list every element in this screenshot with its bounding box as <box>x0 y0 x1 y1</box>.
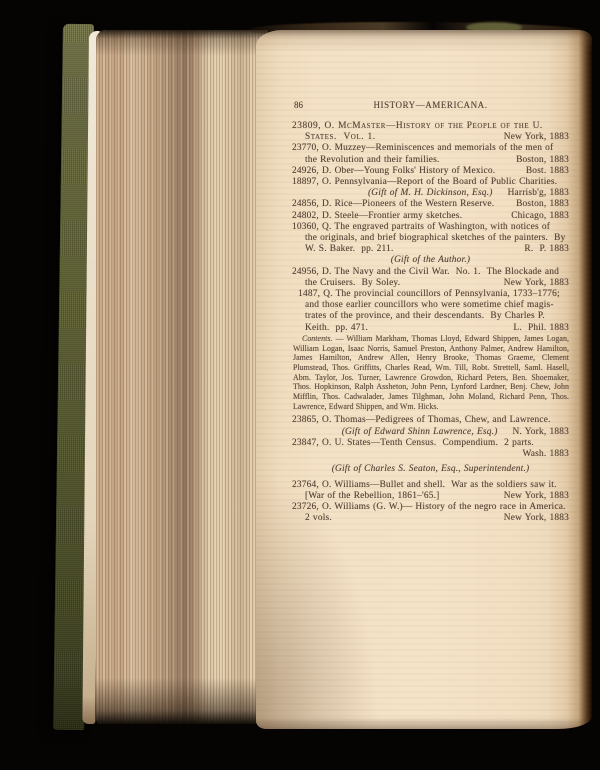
entry-text: the Revolution and their families. <box>305 155 440 166</box>
entry-text: Keith. pp. 471. <box>305 323 368 334</box>
entry-line: States. Vol. 1.New York, 1883 <box>292 132 569 143</box>
entry-line: 24802, D. Steele—Frontier army sketches.… <box>292 211 569 222</box>
entry-imprint: Boston, 1883 <box>510 155 569 166</box>
catalog-entry: 23809, O. McMaster—History of the People… <box>292 121 569 143</box>
entry-line: 23847, O. U. States—Tenth Census. Compen… <box>292 438 569 449</box>
entry-imprint: Wash. 1883 <box>516 449 569 460</box>
entry-text: 2 vols. <box>305 513 332 524</box>
entry-imprint: Harrisb'g, 1883 <box>502 188 569 199</box>
entry-imprint: L. Phil. 1883 <box>507 323 569 334</box>
entry-imprint: N. York, 1883 <box>507 427 569 438</box>
catalog-entry: 18897, O. Pennsylvania—Report of the Boa… <box>292 177 569 199</box>
entry-imprint: Bost. 1883 <box>520 166 569 177</box>
entry-line: [War of the Rebellion, 1861–'65.]New Yor… <box>292 491 569 502</box>
entry-imprint: Boston, 1883 <box>510 199 569 210</box>
entry-line: (Gift of Edward Shinn Lawrence, Esq.)N. … <box>292 427 569 438</box>
entry-line: 10360, Q. The engraved partraits of Wash… <box>292 222 569 233</box>
entry-line: 18897, O. Pennsylvania—Report of the Boa… <box>292 177 569 188</box>
entry-text: 24856, D. Rice—Pioneers of the Western R… <box>292 199 494 210</box>
entry-text: and those earlier councillors who were s… <box>305 300 554 311</box>
entry-line: 24856, D. Rice—Pioneers of the Western R… <box>292 199 569 210</box>
entry-imprint: R. P. 1883 <box>518 244 569 255</box>
entry-line: (Gift of M. H. Dickinson, Esq.)Harrisb'g… <box>292 188 569 199</box>
header-title: HISTORY—AMERICANA. <box>374 100 488 110</box>
catalog-entry: 10360, Q. The engraved partraits of Wash… <box>292 222 569 267</box>
entry-line: W. S. Baker. pp. 211.R. P. 1883 <box>292 244 569 255</box>
entry-line: (Gift of Charles S. Seaton, Esq., Superi… <box>292 464 569 475</box>
entry-text: 23764, O. Williams—Bullet and shell. War… <box>292 480 557 491</box>
entry-text: (Gift of the Author.) <box>391 255 470 266</box>
catalog-entry: 23770, O. Muzzey—Reminiscences and memor… <box>292 143 569 165</box>
entry-text: 24926, D. Ober—Young Folks' History of M… <box>292 166 495 177</box>
entry-text: (Gift of Charles S. Seaton, Esq., Superi… <box>332 464 530 475</box>
entry-line: 23770, O. Muzzey—Reminiscences and memor… <box>292 143 569 154</box>
entry-text: 23847, O. U. States—Tenth Census. Compen… <box>292 438 534 449</box>
running-header: 86 HISTORY—AMERICANA. <box>292 100 569 112</box>
page-fore-edge-stack <box>96 30 268 724</box>
entry-text: States. Vol. 1. <box>305 132 376 143</box>
entry-imprint: New York, 1883 <box>498 513 569 524</box>
entry-line: 24926, D. Ober—Young Folks' History of M… <box>292 166 569 177</box>
entry-text: Contents. — William Markham, Thomas Lloy… <box>293 334 569 411</box>
entry-text: (Gift of Edward Shinn Lawrence, Esq.) <box>342 427 498 438</box>
catalog-entry: 24856, D. Rice—Pioneers of the Western R… <box>292 199 569 210</box>
entry-text: 23726, O. Williams (G. W.)— History of t… <box>292 502 566 513</box>
catalog-entry: 24956, D. The Navy and the Civil War. No… <box>292 267 569 289</box>
entry-text: 18897, O. Pennsylvania—Report of the Boa… <box>292 177 557 188</box>
catalog-entry: 1487, Q. The provincial councillors of P… <box>292 289 569 411</box>
entry-line: (Gift of the Author.) <box>292 255 569 266</box>
entry-text: 1487, Q. The provincial councillors of P… <box>292 289 560 300</box>
catalog-entries: 23809, O. McMaster—History of the People… <box>292 121 569 524</box>
entry-text: 23770, O. Muzzey—Reminiscences and memor… <box>292 143 553 154</box>
entry-text: 23865, O. Thomas—Pedigrees of Thomas, Ch… <box>292 415 551 426</box>
book-photo: 86 HISTORY—AMERICANA. 23809, O. McMaster… <box>0 0 600 770</box>
entry-line: 23809, O. McMaster—History of the People… <box>292 121 569 132</box>
printed-page-text: 86 HISTORY—AMERICANA. 23809, O. McMaster… <box>292 100 569 524</box>
catalog-entry: 23726, O. Williams (G. W.)— History of t… <box>292 502 569 524</box>
entry-line: the Cruisers. By Soley.New York, 1883 <box>292 278 569 289</box>
entry-text: W. S. Baker. pp. 211. <box>305 244 394 255</box>
entry-line: the originals, and brief biographical sk… <box>292 233 569 244</box>
entry-imprint: New York, 1883 <box>498 278 569 289</box>
entry-line: and those earlier councillors who were s… <box>292 300 569 311</box>
entry-text: trates of the province, and their descen… <box>305 311 545 322</box>
entry-line: 23865, O. Thomas—Pedigrees of Thomas, Ch… <box>292 415 569 426</box>
entry-line: 24956, D. The Navy and the Civil War. No… <box>292 267 569 278</box>
entry-line: 23726, O. Williams (G. W.)— History of t… <box>292 502 569 513</box>
catalog-entry: 23865, O. Thomas—Pedigrees of Thomas, Ch… <box>292 415 569 437</box>
entry-imprint: New York, 1883 <box>498 132 569 143</box>
entry-line: 23764, O. Williams—Bullet and shell. War… <box>292 480 569 491</box>
catalog-entry: 24926, D. Ober—Young Folks' History of M… <box>292 166 569 177</box>
entry-text: 24956, D. The Navy and the Civil War. No… <box>292 267 559 278</box>
entry-text: the Cruisers. By Soley. <box>305 278 400 289</box>
entry-imprint: New York, 1883 <box>498 491 569 502</box>
entry-line: 1487, Q. The provincial councillors of P… <box>292 289 569 300</box>
entry-line: Contents. — William Markham, Thomas Lloy… <box>292 334 569 412</box>
entry-line: trates of the province, and their descen… <box>292 311 569 322</box>
entry-line: Keith. pp. 471.L. Phil. 1883 <box>292 323 569 334</box>
entry-text: [War of the Rebellion, 1861–'65.] <box>305 491 440 502</box>
entry-line: Wash. 1883 <box>292 449 569 460</box>
entry-text: 23809, O. McMaster—History of the People… <box>292 121 543 132</box>
entry-line: the Revolution and their families.Boston… <box>292 155 569 166</box>
entry-line: 2 vols.New York, 1883 <box>292 513 569 524</box>
entry-text: (Gift of M. H. Dickinson, Esq.) <box>368 188 493 199</box>
entry-text: 10360, Q. The engraved partraits of Wash… <box>292 222 550 233</box>
entry-text: 24802, D. Steele—Frontier army sketches. <box>292 211 462 222</box>
catalog-entry: 23847, O. U. States—Tenth Census. Compen… <box>292 438 569 476</box>
page-number: 86 <box>294 100 303 110</box>
catalog-entry: 24802, D. Steele—Frontier army sketches.… <box>292 211 569 222</box>
entry-text: the originals, and brief biographical sk… <box>305 233 566 244</box>
catalog-entry: 23764, O. Williams—Bullet and shell. War… <box>292 480 569 502</box>
entry-imprint: Chicago, 1883 <box>505 211 569 222</box>
